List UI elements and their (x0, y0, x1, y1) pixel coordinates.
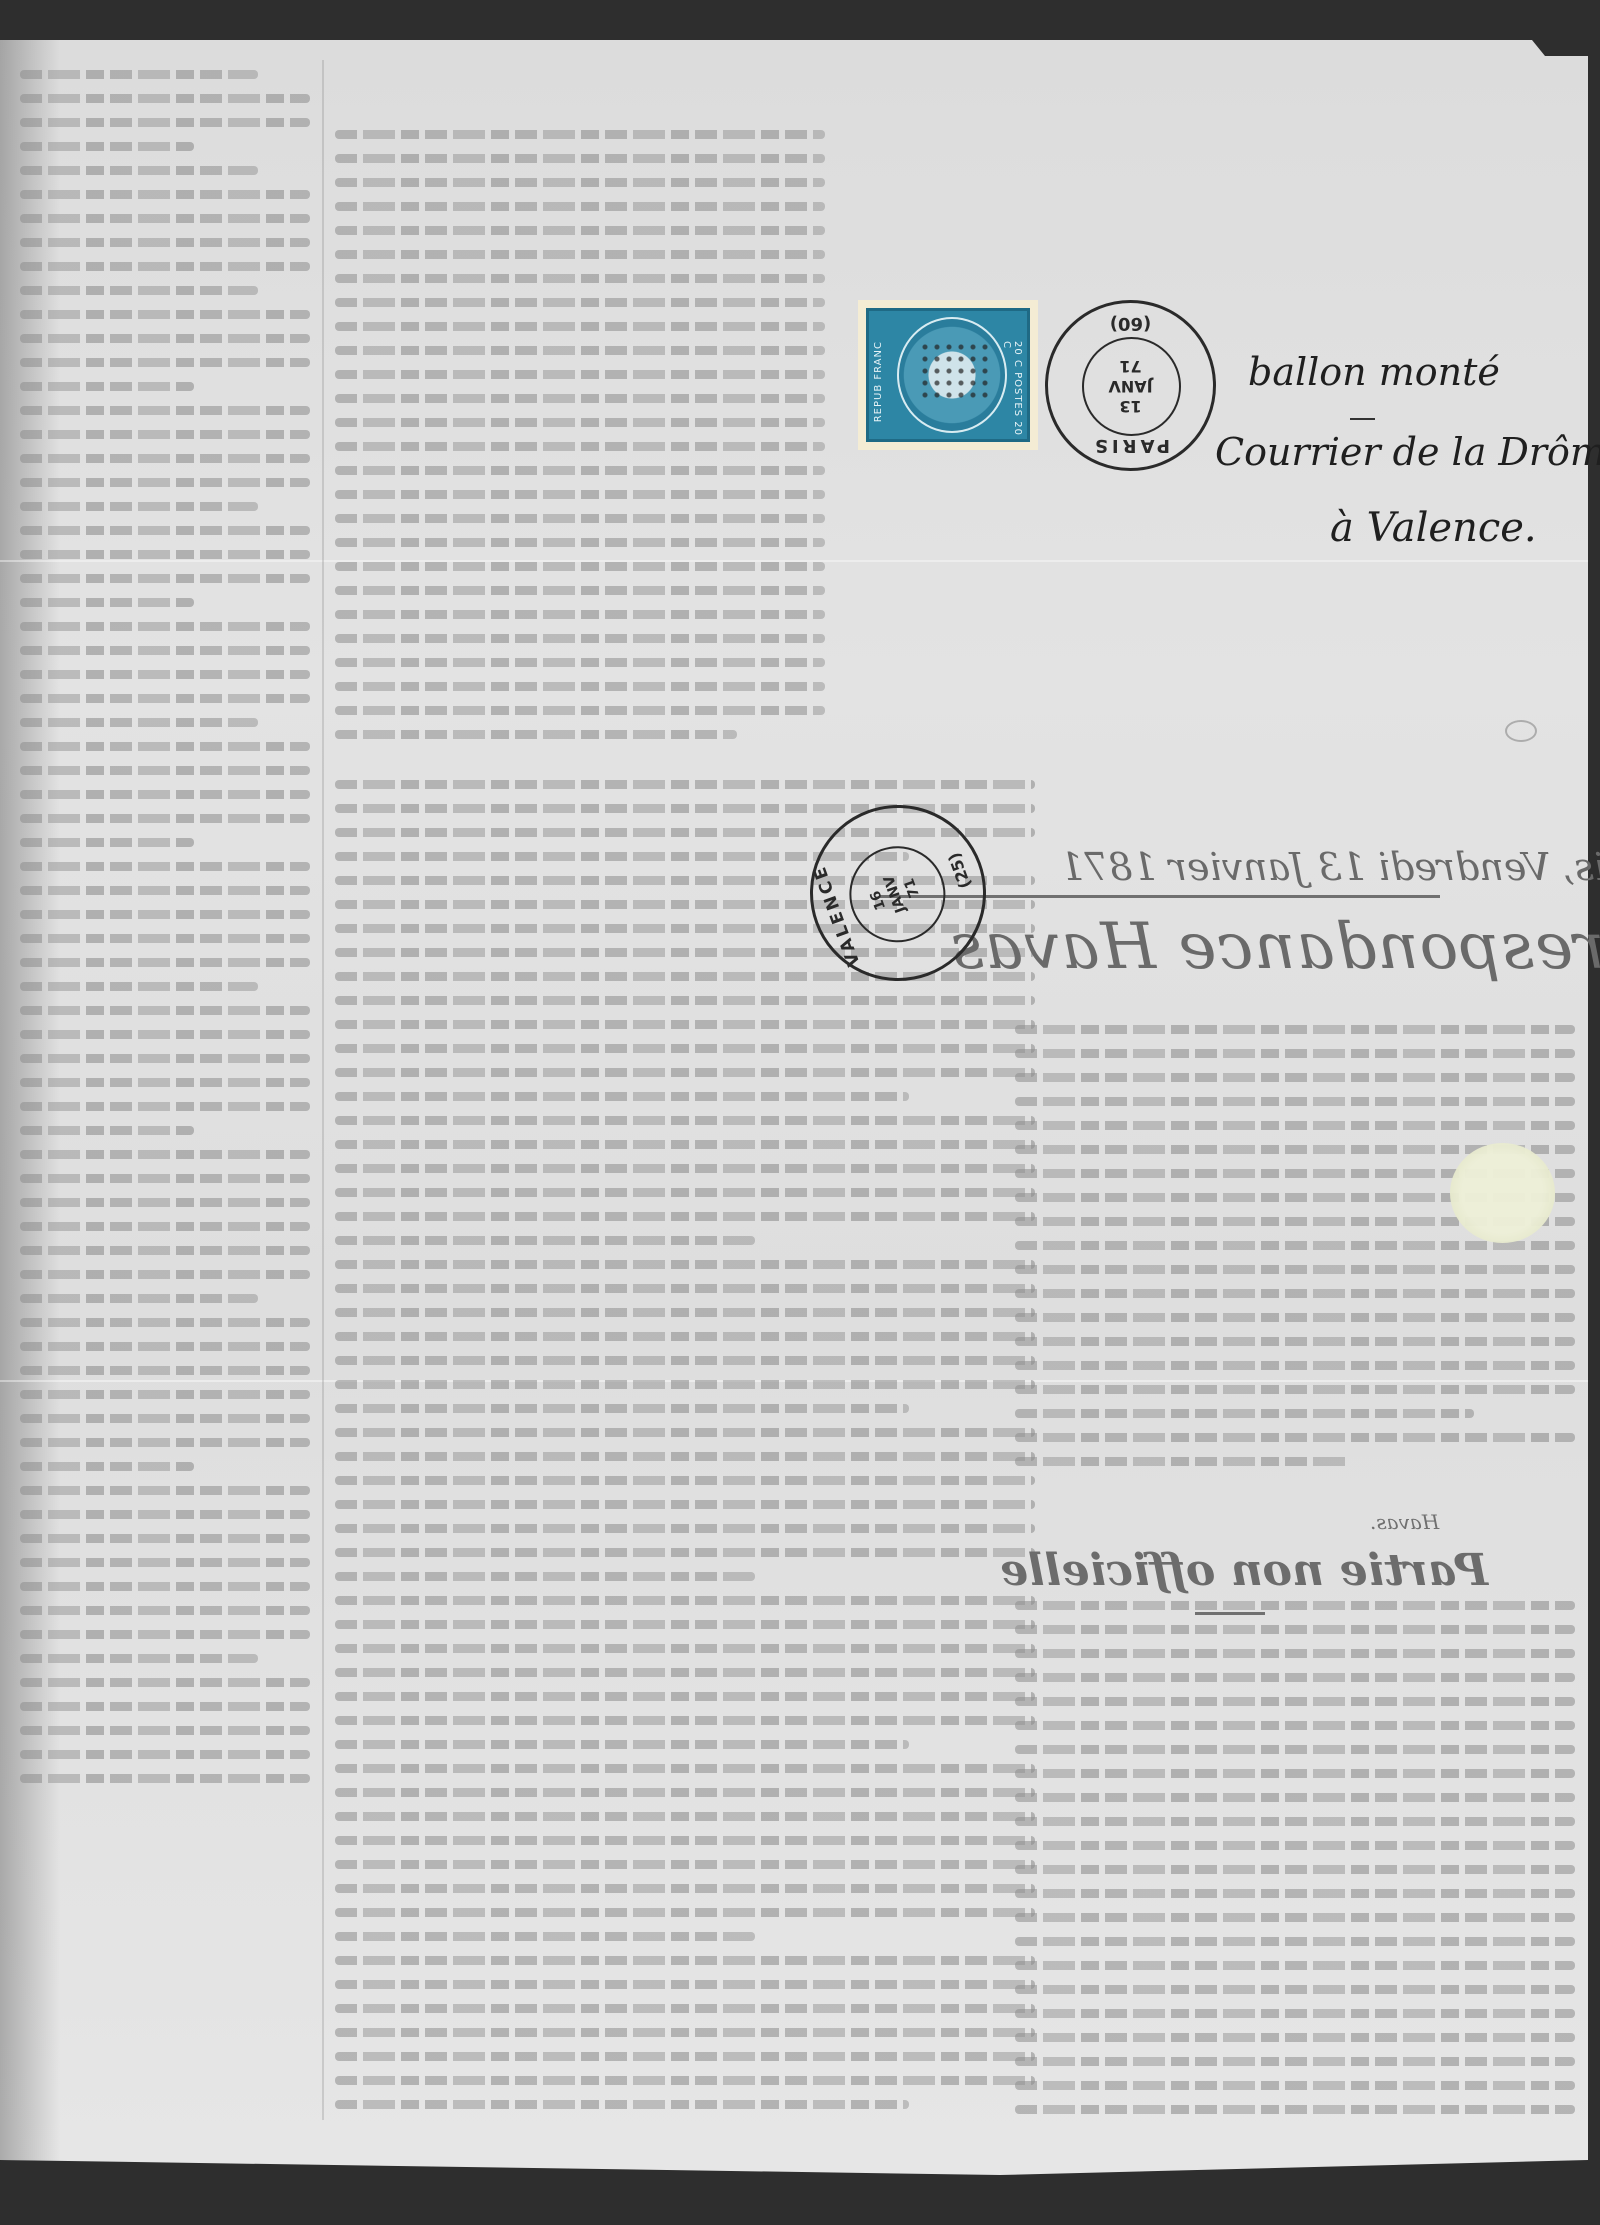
postmark-day: 13 (1048, 397, 1213, 416)
bleed-through-column-center-top (335, 130, 825, 780)
address-line-recipient: Courrier de la Drôme, (1215, 430, 1600, 474)
postmark-year: 71 (1048, 357, 1213, 376)
mirrored-title: Correspondance Havas (950, 910, 1600, 984)
postage-stamp: REPUB FRANC 20 C POSTES 20 C (858, 300, 1038, 450)
address-line-city: à Valence. (1330, 505, 1537, 551)
postmark-city: PARIS (1048, 435, 1213, 456)
postmark-dept: (60) (1048, 313, 1213, 334)
postmark-month: JANV (1048, 377, 1213, 396)
stamp-right-text: 20 C POSTES 20 C (1001, 341, 1023, 439)
section-rule (1195, 1612, 1265, 1615)
ink-smudge (1505, 720, 1537, 742)
mirrored-signature: Havas. (1370, 1510, 1439, 1534)
bleed-through-column-left (20, 70, 310, 1820)
address-flourish (1350, 418, 1375, 420)
bleed-through-column-center (335, 780, 1035, 2120)
dotted-cancel-mark (919, 341, 989, 401)
stamp-left-text: REPUB FRANC (873, 341, 884, 422)
address-line-ballon-monte: ballon monté (1248, 350, 1500, 394)
paris-postmark: PARIS 13 JANV 71 (60) (1045, 300, 1216, 471)
column-divider (322, 60, 324, 2120)
mirrored-section-heading: Partie non officielle (1000, 1545, 1488, 1596)
mirrored-dateline: Paris, Vendredi 13 Janvier 1871 (1060, 845, 1600, 889)
wax-seal-remnant (1450, 1143, 1555, 1243)
